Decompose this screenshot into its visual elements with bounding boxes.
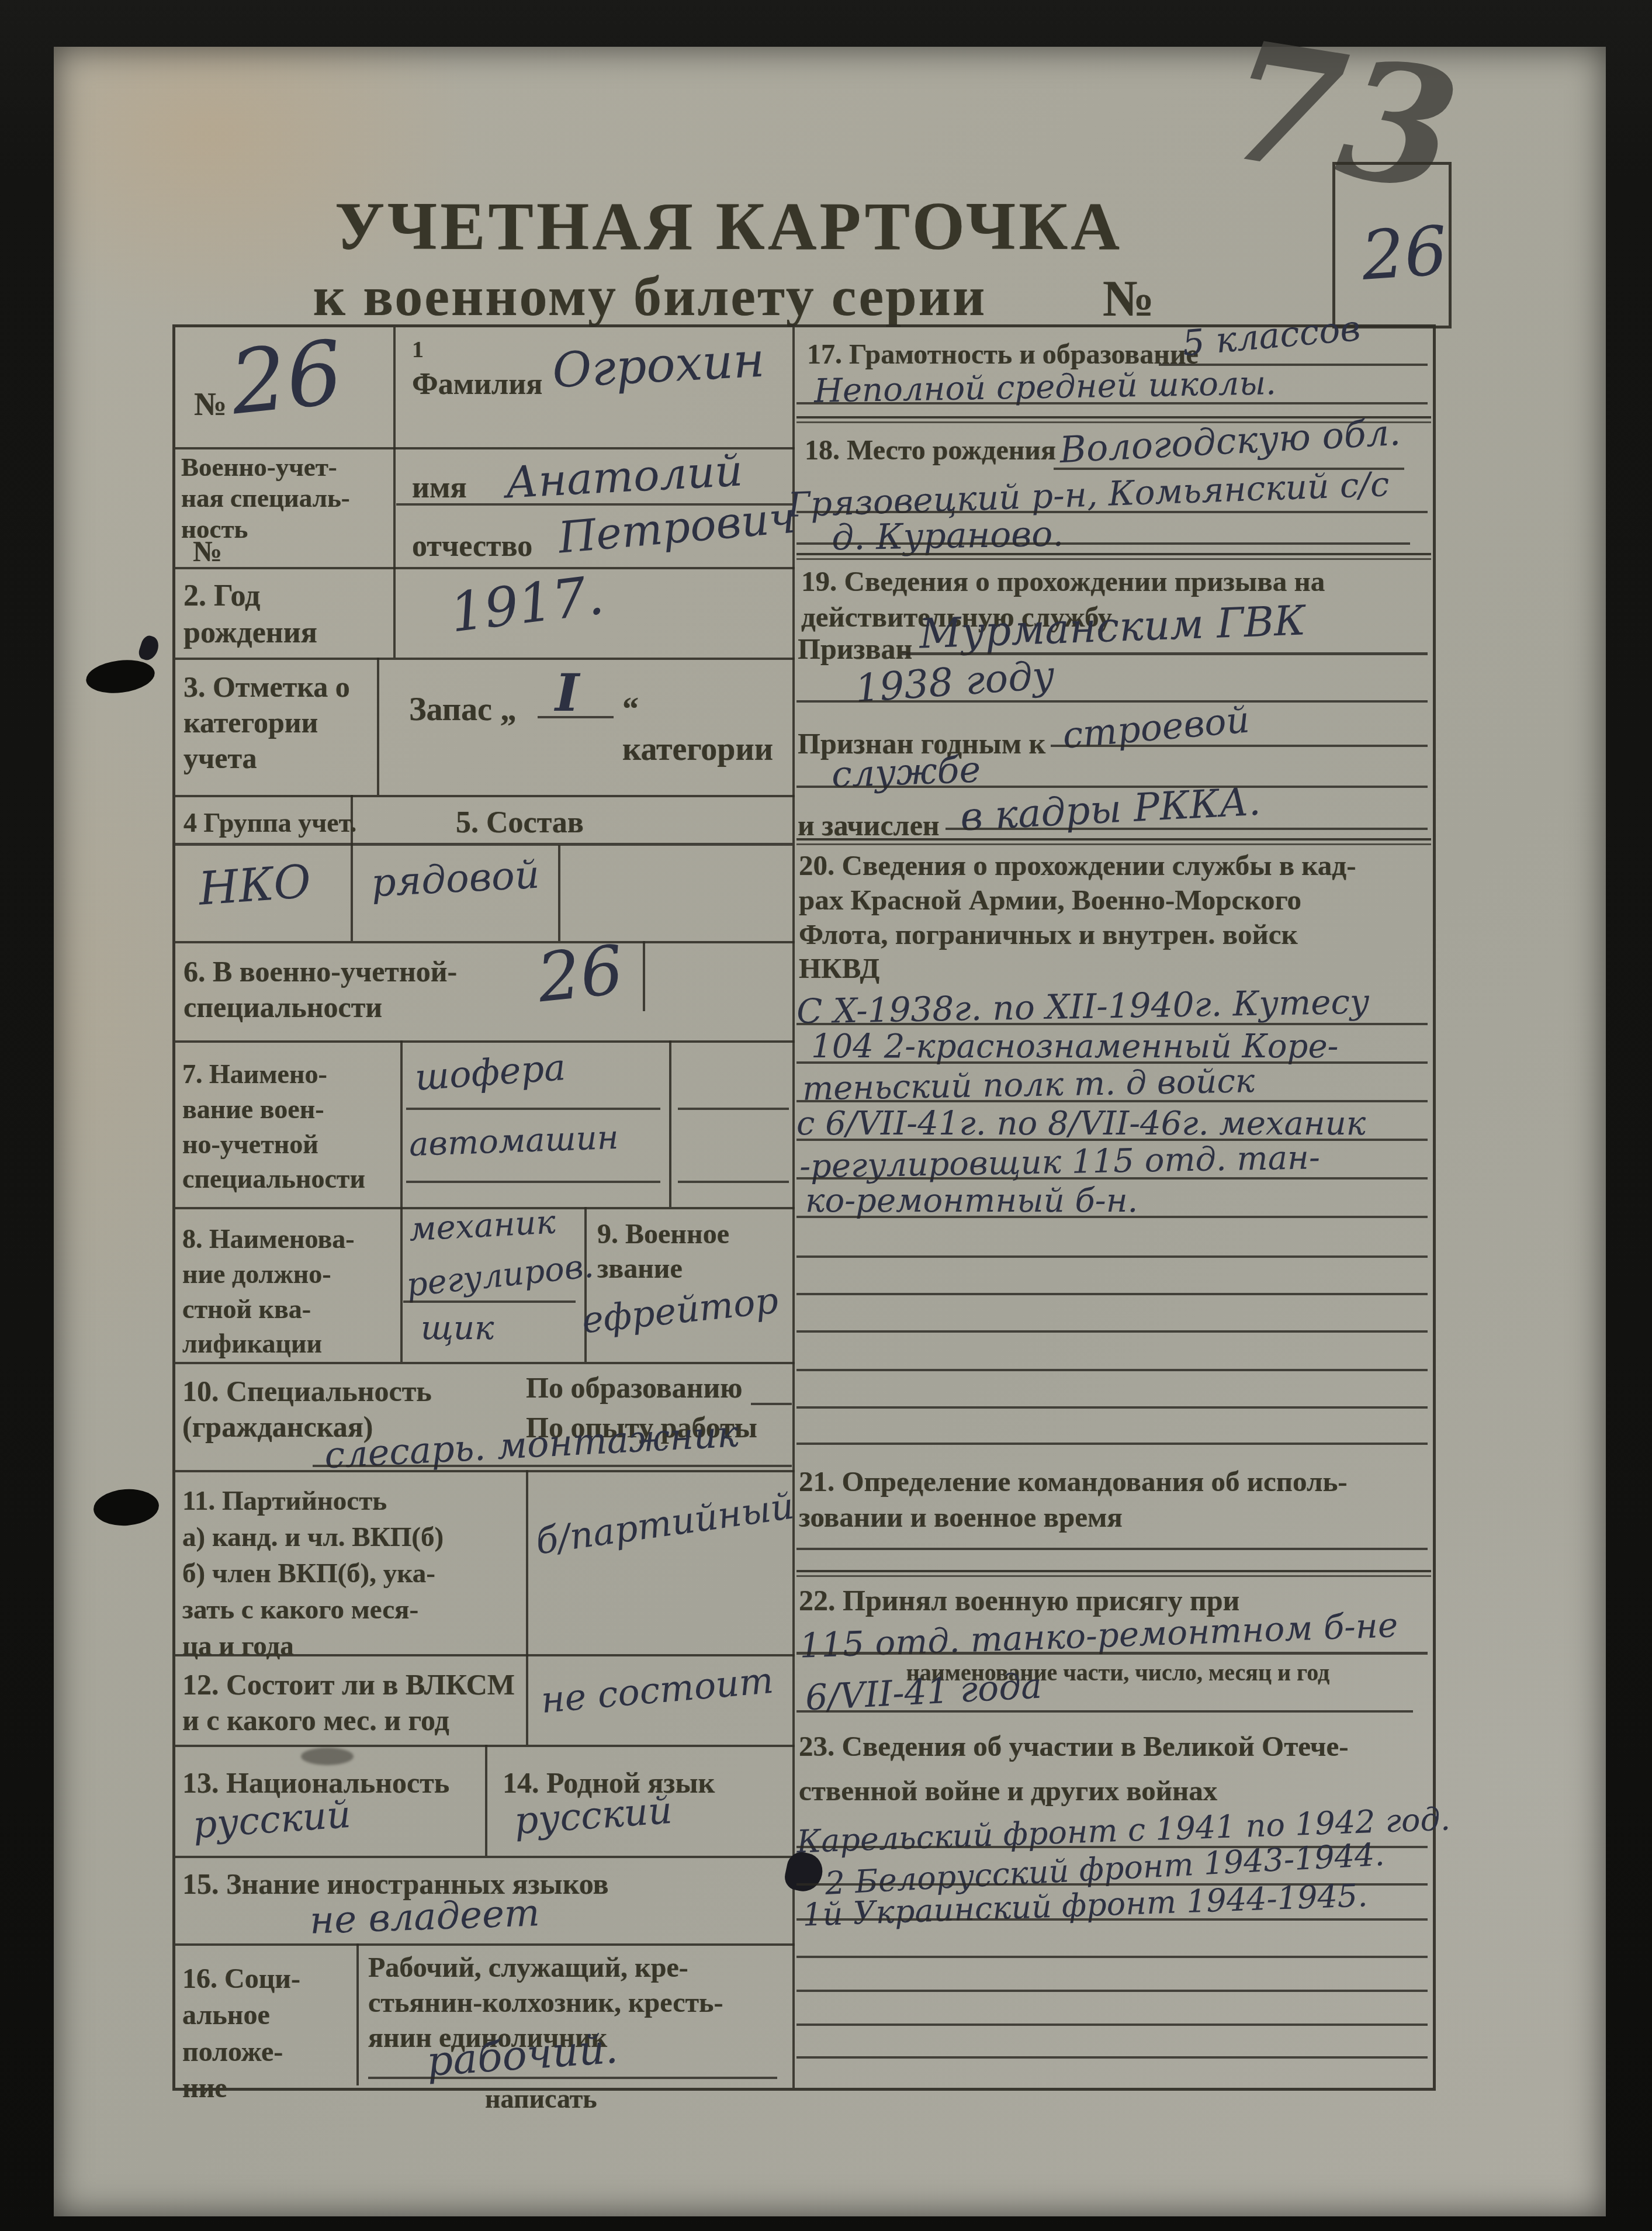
field-8-value3: щик [421,1309,494,1347]
ruled-line [902,652,1428,655]
ruled-line [796,1216,1428,1218]
cell-divider [393,447,396,567]
field-2-label: 2. Год рождения [183,577,317,652]
cell-divider [526,1470,528,1654]
field-16-note: написать [485,2083,597,2115]
section-separator [796,1570,1431,1577]
field-5-label: 5. Состав [456,804,584,841]
row-category: 3. Отметка о категории учета Запас „ I “… [175,658,795,797]
cell-divider [558,845,560,941]
ruled-line [796,1918,1428,1921]
row-party: 11. Партийность а) канд. и чл. ВКП(б) б)… [175,1470,795,1656]
cell-divider [400,1040,403,1207]
ruled-line [796,402,1428,404]
field-23-label: 23. Сведения об участии в Великой Отече-… [799,1724,1348,1813]
ruled-line [678,1181,789,1183]
cell-divider [485,1745,487,1856]
ruled-line [796,1061,1428,1064]
cell-divider [393,327,396,447]
field-9-label: 9. Военное звание [597,1217,729,1286]
scanned-document: 73 УЧЕТНАЯ КАРТОЧКА к военному билету се… [0,0,1652,2231]
ruled-line [796,700,1428,703]
field-3-post: “ категории [622,690,795,770]
field-7-label: 7. Наимено- вание воен- но-учетной специ… [182,1057,365,1196]
blank-line [796,1443,1428,1445]
vus-no-label: № [193,534,222,569]
cell-divider [669,1040,671,1207]
field-11-label: 11. Партийность а) канд. и чл. ВКП(б) б)… [182,1483,444,1664]
ruled-line [406,1108,660,1110]
field-no-label: № [194,385,227,424]
field-12-value: не состоит [539,1659,775,1721]
card-subtitle: к военному билету серии [235,262,1065,330]
field-1-value: Огрохин [551,333,766,399]
blank-line [796,2056,1428,2059]
blank-line [796,1548,1428,1550]
field-11-value: б/партийный [533,1484,796,1562]
header-no-sign: № [1103,268,1154,330]
right-column: 17. Грамотность и образование 5 классов … [796,327,1431,2088]
field-18-value3: д. Кураново. [831,514,1064,559]
blank-line [796,1956,1428,1958]
ruled-line [313,1465,792,1467]
row-vus-name-field: 7. Наимено- вание воен- но-учетной специ… [175,1040,795,1209]
section-separator [796,838,1431,845]
row-nationality-language: 13. Национальность русский 14. Родной яз… [175,1745,795,1858]
field-4-label: 4 Группа учет. [183,807,356,839]
field-8-value1: механик [408,1203,556,1248]
field-21-label: 21. Определение командования об исполь- … [799,1464,1348,1535]
name-value: Анатолий [504,445,744,508]
ruled-line [796,511,1428,513]
serial-number-box: 26 [1332,162,1452,328]
ink-blot [137,634,161,662]
field-19-priznan-value: строевой [1061,698,1251,757]
field-3-pre: Запас „ [409,690,517,729]
form-table: № 26 1 Фамилия Огрохин Военно-учет- ная … [172,324,1436,2091]
ruled-line [796,1177,1428,1180]
punch-hole [92,1487,160,1528]
field-18-label: 18. Место рождения [805,434,1056,468]
cell-divider [400,1207,403,1362]
cell-divider [393,567,396,658]
field-20-line: 104 2-краснознаменный Коре- [811,1028,1338,1066]
field-10-option1: По образованию [526,1370,743,1406]
row-social-status: 16. Соци- альное положе- ние Рабочий, сл… [175,1943,795,2085]
row-qualification-rank: 8. Наименова- ние должно- стной ква- лиф… [175,1207,795,1364]
ruled-line [796,1710,1413,1713]
field-20-line: с 6/VII-41г. по 8/VII-46г. механик [796,1105,1366,1143]
row-vlksm: 12. Состоит ли в ВЛКСМ и с какого мес. и… [175,1654,795,1747]
field-19-priznan-value2: службе [831,748,982,796]
field-18-value2: Грязовецкий р-н, Комьянский с/с [787,464,1390,525]
field-7-value1: шофера [414,1046,567,1099]
ruled-line [538,716,614,718]
field-5-value: рядовой [370,852,541,906]
field-3-label: 3. Отметка о категории учета [183,669,350,776]
ruled-line [796,1023,1428,1025]
field-19-prizvan-label: Призван [798,631,912,667]
row-group-sostav: 4 Группа учет. 5. Состав НКО рядовой [175,795,795,943]
patronymic-label: отчество [412,528,532,565]
field-8-label: 8. Наименова- ние должно- стной ква- лиф… [182,1222,355,1361]
field-20-line: ко-ремонтный б-н. [805,1182,1138,1220]
ruled-line [796,1100,1428,1102]
field-7-value2: автомашин [408,1119,619,1164]
field-12-label: 12. Состоит ли в ВЛКСМ и с какого мес. и… [182,1667,515,1738]
ruled-line [678,1108,789,1110]
field-15-value: не владеет [309,1891,541,1943]
field-1-index: 1 [412,335,424,364]
field-6-label: 6. В военно-учетной- специальности [183,954,457,1025]
ruled-line [796,1139,1428,1141]
name-label: имя [412,469,467,506]
row-number-surname: № 26 1 Фамилия Огрохин [175,327,795,449]
ruled-line [368,2077,777,2079]
ruled-line [751,1403,792,1405]
serial-number-value: 26 [1359,212,1450,296]
row-vus-name: Военно-учет- ная специаль- ность № имя А… [175,447,795,569]
blank-line [796,1990,1428,1992]
cell-divider [643,941,645,1011]
row-vus-number: 6. В военно-учетной- специальности 26 [175,941,795,1043]
ruled-line [796,1652,1428,1655]
vus-label: Военно-учет- ная специаль- ность [181,452,350,545]
punch-hole [84,656,157,697]
row-birth-year: 2. Год рождения 1917. [175,567,795,660]
field-9-value: ефрейтор [580,1279,780,1342]
cell-divider [526,1654,528,1745]
pencil-smudge [301,1748,354,1765]
field-1-label: Фамилия [412,366,542,403]
field-16-label: 16. Соци- альное положе- ние [182,1961,300,2107]
row-foreign-languages: 15. Знание иностранных языков не владеет [175,1856,795,1946]
blank-line [796,1293,1428,1295]
cell-divider [356,1943,359,2085]
field-2-value: 1917. [446,563,607,644]
blank-line [796,2024,1428,2026]
blank-line [796,1255,1428,1258]
ruled-line [796,542,1410,545]
field-19-zachislen-value: в кадры РККА. [959,779,1262,840]
cell-divider [351,845,353,941]
section-separator [796,553,1431,560]
cell-divider [377,658,379,795]
card-title: УЧЕТНАЯ КАРТОЧКА [290,186,1167,269]
row-civil-speciality: 10. Специальность (гражданская) По образ… [175,1362,795,1472]
ruled-line [406,1181,660,1183]
registration-card-paper: 73 УЧЕТНАЯ КАРТОЧКА к военному билету се… [54,47,1606,2216]
field-8-value2: регулиров. [404,1247,595,1304]
blank-line [796,1330,1428,1333]
ruled-line [946,828,1428,830]
field-no-value: 26 [226,322,347,435]
ruled-line [403,1300,576,1303]
field-13-value: русский [192,1793,352,1848]
blank-line [796,1406,1428,1409]
field-3-value: I [555,662,579,723]
blank-line [796,1369,1428,1371]
ruled-line [1051,745,1428,747]
ruled-line [175,843,792,846]
field-4-value: НКО [197,855,313,915]
field-17-value1: 5 классов [1181,308,1362,364]
field-6-value: 26 [534,931,627,1018]
field-20-label: 20. Сведения о прохождении службы в кад-… [799,849,1356,986]
